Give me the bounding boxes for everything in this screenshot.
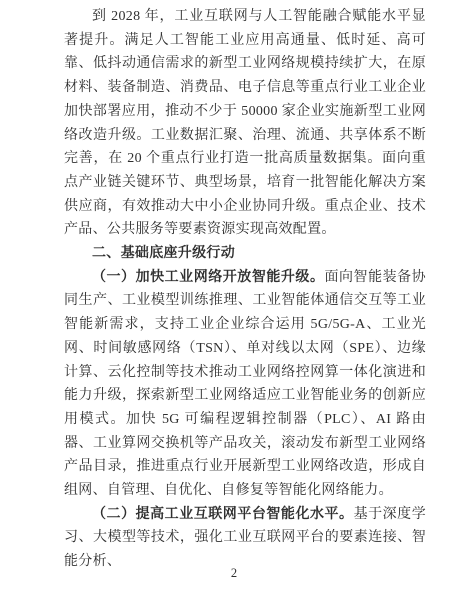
body-paragraph: 到 2028 年，工业互联网与人工智能融合赋能水平显著提升。满足人工智能工业应用… (64, 5, 426, 242)
body-paragraph: （二）提高工业互联网平台智能化水平。基于深度学习、大模型等技术，强化工业互联网平… (64, 503, 426, 574)
document-body: 到 2028 年，工业互联网与人工智能融合赋能水平显著提升。满足人工智能工业应用… (64, 5, 426, 574)
text-segment: 到 2028 年，工业互联网与人工智能融合赋能水平显著提升。满足人工智能工业应用… (64, 9, 426, 237)
text-segment: 面向智能装备协同生产、工业模型训练推理、工业智能体通信交互等工业智能新需求，支持… (64, 270, 426, 498)
bold-lead-text: （二）提高工业互联网平台智能化水平。 (92, 507, 354, 522)
page-number: 2 (0, 566, 468, 581)
bold-lead-text: （一）加快工业网络开放智能升级。 (92, 270, 325, 285)
bold-lead-text: 二、基础底座升级行动 (92, 246, 235, 261)
document-page: 到 2028 年，工业互联网与人工智能融合赋能水平显著提升。满足人工智能工业应用… (0, 0, 468, 592)
section-heading: 二、基础底座升级行动 (64, 242, 426, 266)
body-paragraph: （一）加快工业网络开放智能升级。面向智能装备协同生产、工业模型训练推理、工业智能… (64, 266, 426, 503)
